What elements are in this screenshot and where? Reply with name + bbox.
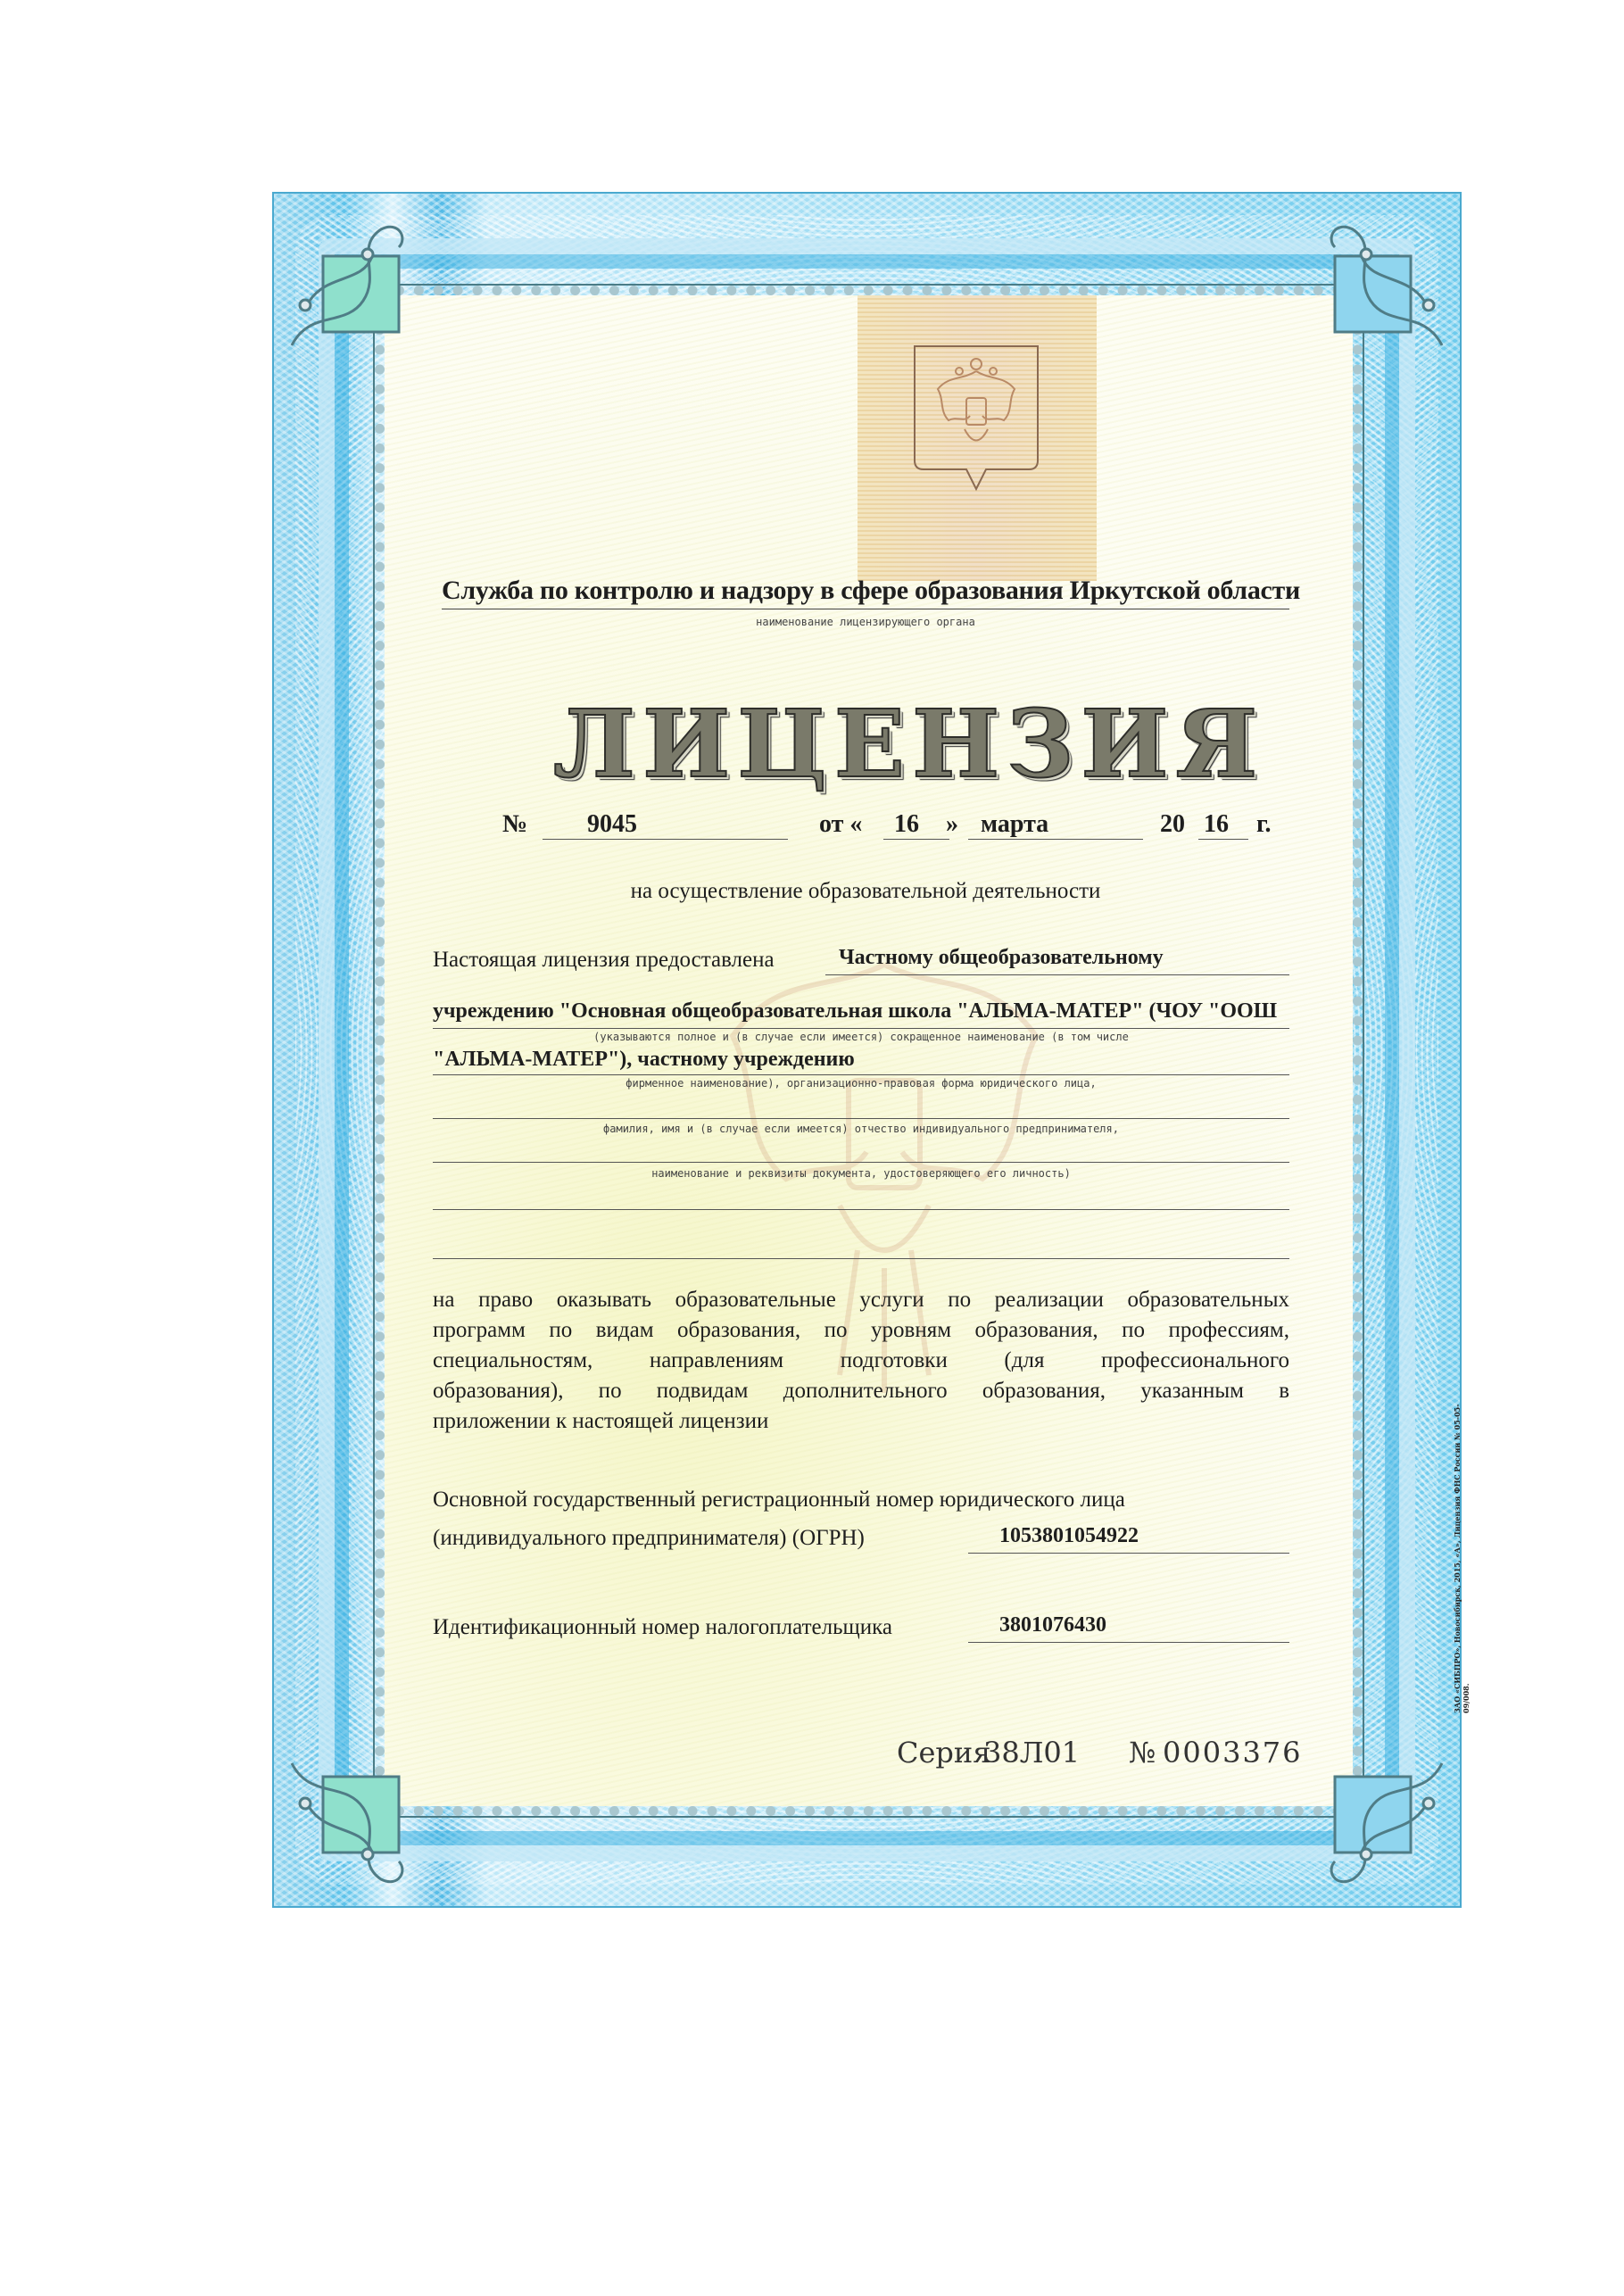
underline (968, 1553, 1289, 1554)
underline (825, 974, 1289, 975)
license-number-label: № (502, 810, 527, 839)
caption-4: наименование и реквизиты документа, удос… (433, 1167, 1289, 1180)
licensing-authority-caption: наименование лицензирующего органа (442, 616, 1289, 628)
date-year-prefix: 20 (1160, 810, 1185, 839)
date-month-field: марта (968, 810, 1143, 840)
inn-label: Идентификационный номер налогоплательщик… (433, 1615, 892, 1640)
underline (433, 1209, 1289, 1210)
date-year: 16 (1198, 810, 1248, 840)
licensee-line-2: учреждению "Основная общеобразовательная… (433, 999, 1277, 1024)
caption-1: (указываются полное и (в случае если име… (433, 1031, 1289, 1043)
underline (433, 1258, 1289, 1259)
date-day: 16 (883, 810, 949, 840)
date-day-field: 16 (883, 810, 949, 840)
underline (433, 1074, 1289, 1075)
corner-ornament-icon (1281, 203, 1460, 381)
caption-2: фирменное наименование), организационно-… (433, 1077, 1289, 1090)
inn-value: 3801076430 (999, 1613, 1106, 1637)
ogrn-value: 1053801054922 (999, 1524, 1139, 1548)
licensing-authority: Служба по контролю и надзору в сфере обр… (442, 576, 1289, 609)
blank-number-label: № (1129, 1736, 1156, 1770)
license-number-field: 9045 (543, 810, 788, 840)
underline (433, 1162, 1289, 1163)
series-label: Серия (897, 1736, 990, 1770)
licensee-line-3: "АЛЬМА-МАТЕР"), частному учреждению (433, 1048, 855, 1072)
granted-label: Настоящая лицензия предоставлена (433, 948, 775, 973)
rights-line: специальностям, направлениям подготовки … (433, 1346, 1289, 1376)
date-day-close: » (946, 810, 958, 839)
blank-number: 0003376 (1163, 1736, 1303, 1770)
ogrn-label-line-1: Основной государственный регистрационный… (433, 1488, 1125, 1513)
corner-ornament-icon (274, 203, 452, 381)
rights-line: приложении к настоящей лицензии (433, 1406, 1289, 1437)
corner-ornament-icon (274, 1728, 452, 1906)
license-subject: на осуществление образовательной деятель… (433, 879, 1298, 904)
licensee-line-1: Частному общеобразовательному (839, 946, 1164, 970)
rights-line: на право оказывать образовательные услуг… (433, 1285, 1289, 1315)
printer-imprint: ЗАО «СИБПРО», Новосибирск, 2015, «А», Ли… (1453, 1392, 1471, 1713)
underline (433, 1028, 1289, 1029)
date-year-field: 16 (1198, 810, 1248, 840)
document-title: ЛИЦЕНЗИЯ (553, 689, 1178, 799)
date-prefix: от « (819, 810, 862, 839)
ogrn-label-line-2: (индивидуального предпринимателя) (ОГРН) (433, 1526, 865, 1551)
underline (433, 1118, 1289, 1119)
caption-3: фамилия, имя и (в случае если имеется) о… (433, 1123, 1289, 1135)
date-year-end: г. (1256, 810, 1272, 839)
rights-line: программ по видам образования, по уровня… (433, 1315, 1289, 1346)
rights-paragraph: на право оказывать образовательные услуг… (433, 1285, 1289, 1437)
date-month: марта (968, 810, 1143, 840)
underline (968, 1642, 1289, 1643)
rights-line: образования), по подвидам дополнительног… (433, 1376, 1289, 1406)
corner-ornament-icon (1281, 1728, 1460, 1906)
series-value: 38Л01 (983, 1736, 1080, 1770)
license-number: 9045 (543, 810, 788, 840)
